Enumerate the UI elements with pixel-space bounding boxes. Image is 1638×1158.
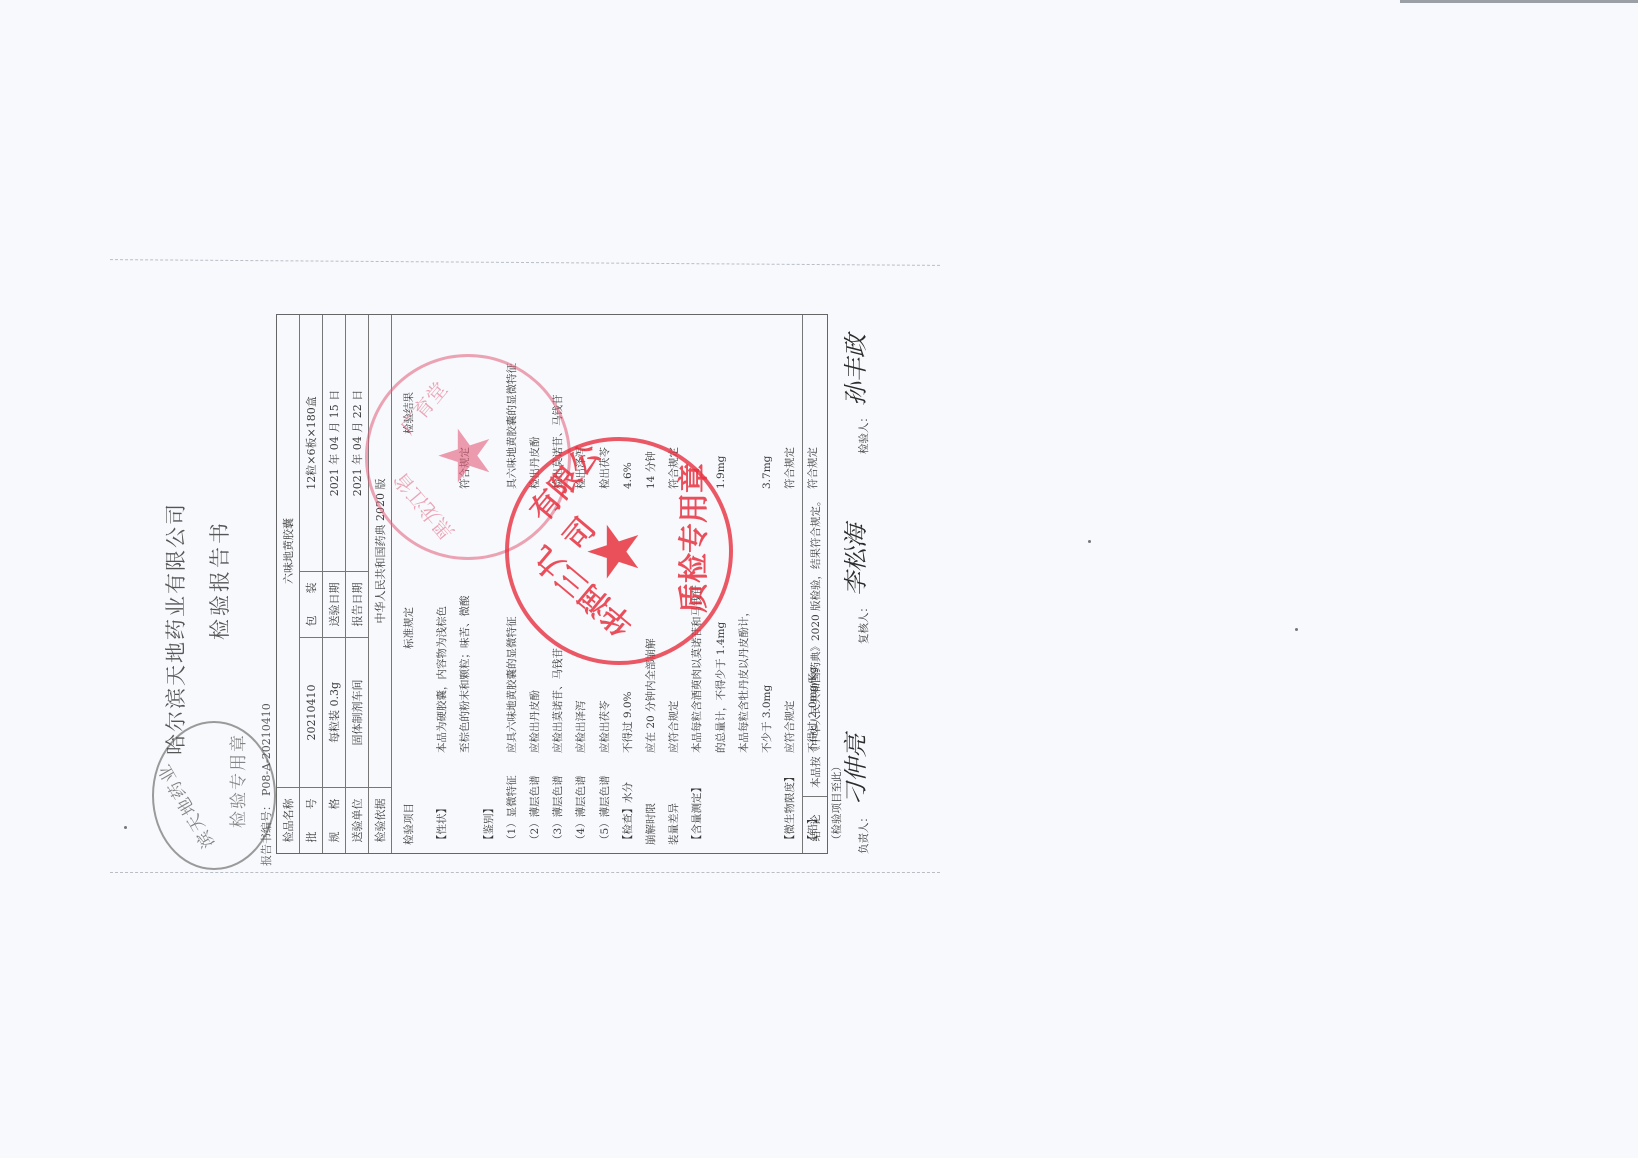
test-item: （5）薄层色谱 — [594, 753, 617, 845]
batch-value: 20210410 — [300, 637, 322, 787]
report-number-value: P08-A-20210410 — [260, 703, 273, 796]
conclusion-label: 结论 — [803, 796, 827, 853]
standard-spec: 应具六味地黄胶囊的显微特征 — [501, 503, 524, 753]
reviewer-label: 复核人： — [856, 602, 871, 644]
test-item: （2）薄层色谱 — [524, 753, 547, 845]
inspector-signature: 孙丰政 — [836, 334, 871, 406]
test-result: 具六味地黄胶囊的显微特征 — [501, 323, 524, 503]
test-item: 崩解时限 — [640, 753, 663, 845]
conclusion-text: 本品按《中华人民共和国药典》2020 版检验，结果符合规定。 — [808, 495, 823, 796]
test-result: 检出茯苓 — [594, 323, 617, 503]
table-row: 至棕色的粉末和颗粒；味苦、微酸符合规定 — [454, 323, 477, 845]
fold-line — [110, 872, 940, 873]
standard-spec: 不少于 3.0mg — [756, 503, 779, 753]
header-row-basis: 检验依据 中华人民共和国药典 2020 版 — [369, 315, 392, 853]
scan-speck — [124, 826, 127, 829]
inspection-report-page: 滨天地药业 检验专用章 哈尔滨天地药业有限公司 检验报告书 报告书编号：P08-… — [160, 310, 920, 870]
test-result: 4.6% — [617, 323, 640, 503]
test-item: （3）薄层色谱 — [547, 753, 570, 845]
test-item — [756, 753, 779, 845]
test-result: 符合规定 — [454, 323, 477, 503]
submit-unit-label: 送验单位 — [346, 787, 368, 853]
table-row: 【微生物限度】应符合规定符合规定 — [779, 323, 802, 845]
product-name-label: 检品名称 — [277, 787, 299, 853]
standard-spec: 不得过 9.0% — [617, 503, 640, 753]
column-header-result: 检验结果 — [398, 323, 421, 503]
table-row: 【鉴别】 — [478, 323, 501, 845]
test-result: 14 分钟 — [640, 323, 663, 503]
test-result — [733, 323, 756, 503]
standard-spec: 本品为硬胶囊，内容物为浅棕色 — [431, 503, 454, 753]
table-row: 崩解时限应在 20 分钟内全部崩解14 分钟 — [640, 323, 663, 845]
test-result: 检出泽泻 — [570, 323, 593, 503]
table-row: （3）薄层色谱应检出莫诺苷、马钱苷检出莫诺苷、马钱苷 — [547, 323, 570, 845]
table-row: 【含量测定】本品每粒含酒萸肉以莫诺苷和马钱苷 — [686, 323, 709, 845]
report-number-label: 报告书编号： — [260, 800, 273, 866]
table-row: （5）薄层色谱应检出茯苓检出茯苓 — [594, 323, 617, 845]
standard-spec: 应符合规定 — [779, 503, 802, 753]
table-row: 不少于 3.0mg3.7mg — [756, 323, 779, 845]
test-item — [710, 753, 733, 845]
test-item: 【性状】 — [431, 753, 454, 845]
test-item: 【检查】水分 — [617, 753, 640, 845]
test-result: 3.7mg — [756, 323, 779, 503]
standard-spec: 的总量计，不得少于 1.4mg — [710, 503, 733, 753]
column-header-item: 检验项目 — [398, 753, 421, 845]
report-date-value: 2021 年 04 月 22 日 — [346, 315, 368, 571]
test-result — [478, 323, 501, 503]
test-item: 【鉴别】 — [478, 753, 501, 845]
column-header-standard: 标准规定 — [398, 503, 421, 753]
standard-spec: 本品每粒含牡丹皮以丹皮酚计， — [733, 503, 756, 753]
test-item: 【微生物限度】 — [779, 753, 802, 845]
header-row-unit: 送验单位 固体制剂车间 报告日期 2021 年 04 月 22 日 — [346, 315, 369, 853]
table-row: 装量差异应符合规定符合规定 — [663, 323, 686, 845]
test-items: 检验项目 标准规定 检验结果 【性状】本品为硬胶囊，内容物为浅棕色至棕色的粉末和… — [392, 315, 855, 853]
test-item — [454, 753, 477, 845]
standard-spec: 应在 20 分钟内全部崩解 — [640, 503, 663, 753]
header-row-spec: 规 格 每粒装 0.3g 送验日期 2021 年 04 月 15 日 — [323, 315, 346, 853]
table-row: 的总量计，不得少于 1.4mg1.9mg — [710, 323, 733, 845]
test-result: 符合规定 — [779, 323, 802, 503]
header-row-batch: 批 号 20210410 包 装 12粒×6板×180盒 — [300, 315, 323, 853]
inspector-label: 检验人： — [856, 412, 871, 454]
standard-spec — [478, 503, 501, 753]
submit-unit-value: 固体制剂车间 — [346, 637, 368, 787]
report-table: 检品名称 六味地黄胶囊 批 号 20210410 包 装 12粒×6板×180盒… — [276, 314, 828, 854]
scan-edge — [1400, 0, 1638, 3]
standard-spec: 至棕色的粉末和颗粒；味苦、微酸 — [454, 503, 477, 753]
column-headers: 检验项目 标准规定 检验结果 — [398, 323, 421, 845]
standard-spec: 本品每粒含酒萸肉以莫诺苷和马钱苷 — [686, 503, 709, 753]
standard-spec: 应符合规定 — [663, 503, 686, 753]
package-value: 12粒×6板×180盒 — [300, 315, 322, 571]
fold-line — [110, 259, 940, 266]
conclusion-row: 结论 本品按《中华人民共和国药典》2020 版检验，结果符合规定。 — [802, 315, 827, 853]
basis-label: 检验依据 — [369, 787, 391, 853]
responsible-label: 负责人： — [856, 812, 871, 854]
test-item: （4）薄层色谱 — [570, 753, 593, 845]
spec-label: 规 格 — [323, 787, 345, 853]
standard-spec: 应检出丹皮酚 — [524, 503, 547, 753]
spec-value: 每粒装 0.3g — [323, 637, 345, 787]
submit-date-value: 2021 年 04 月 15 日 — [323, 315, 345, 571]
header-row-product: 检品名称 六味地黄胶囊 — [277, 315, 300, 853]
test-item: （1）显微特征 — [501, 753, 524, 845]
table-row: 本品每粒含牡丹皮以丹皮酚计， — [733, 323, 756, 845]
signatures: 负责人： 刁仲亮 复核人： 李松海 检验人： 孙丰政 — [836, 314, 896, 854]
test-result: 1.9mg — [710, 323, 733, 503]
company-name: 哈尔滨天地药业有限公司 — [160, 425, 190, 755]
test-item: 【含量测定】 — [686, 753, 709, 845]
test-item: 装量差异 — [663, 753, 686, 845]
table-row: （4）薄层色谱应检出泽泻检出泽泻 — [570, 323, 593, 845]
report-date-label: 报告日期 — [346, 571, 368, 637]
test-result: 检出丹皮酚 — [524, 323, 547, 503]
basis-value: 中华人民共和国药典 2020 版 — [369, 315, 391, 787]
gray-stamp-text: 检验专用章 — [224, 733, 249, 828]
responsible-signature: 刁仲亮 — [836, 734, 871, 806]
report-number: 报告书编号：P08-A-20210410 — [258, 703, 274, 870]
product-name-value: 六味地黄胶囊 — [277, 315, 299, 787]
test-result: 符合规定 — [663, 323, 686, 503]
table-row: 【性状】本品为硬胶囊，内容物为浅棕色 — [431, 323, 454, 845]
package-label: 包 装 — [300, 571, 322, 637]
batch-label: 批 号 — [300, 787, 322, 853]
standard-spec: 应检出泽泻 — [570, 503, 593, 753]
test-item — [733, 753, 756, 845]
test-result — [686, 323, 709, 503]
scan-speck — [1088, 540, 1091, 543]
table-row: （2）薄层色谱应检出丹皮酚检出丹皮酚 — [524, 323, 547, 845]
scan-speck — [1295, 628, 1298, 631]
test-result — [431, 323, 454, 503]
submit-date-label: 送验日期 — [323, 571, 345, 637]
reviewer-signature: 李松海 — [836, 524, 871, 596]
table-row: （1）显微特征应具六味地黄胶囊的显微特征具六味地黄胶囊的显微特征 — [501, 323, 524, 845]
document-title: 检验报告书 — [204, 520, 234, 640]
standard-spec: 应检出莫诺苷、马钱苷 — [547, 503, 570, 753]
table-row: 【检查】水分不得过 9.0%4.6% — [617, 323, 640, 845]
gray-stamp-text: 滨天地药业 — [150, 759, 219, 854]
test-result: 检出莫诺苷、马钱苷 — [547, 323, 570, 503]
standard-spec: 应检出茯苓 — [594, 503, 617, 753]
